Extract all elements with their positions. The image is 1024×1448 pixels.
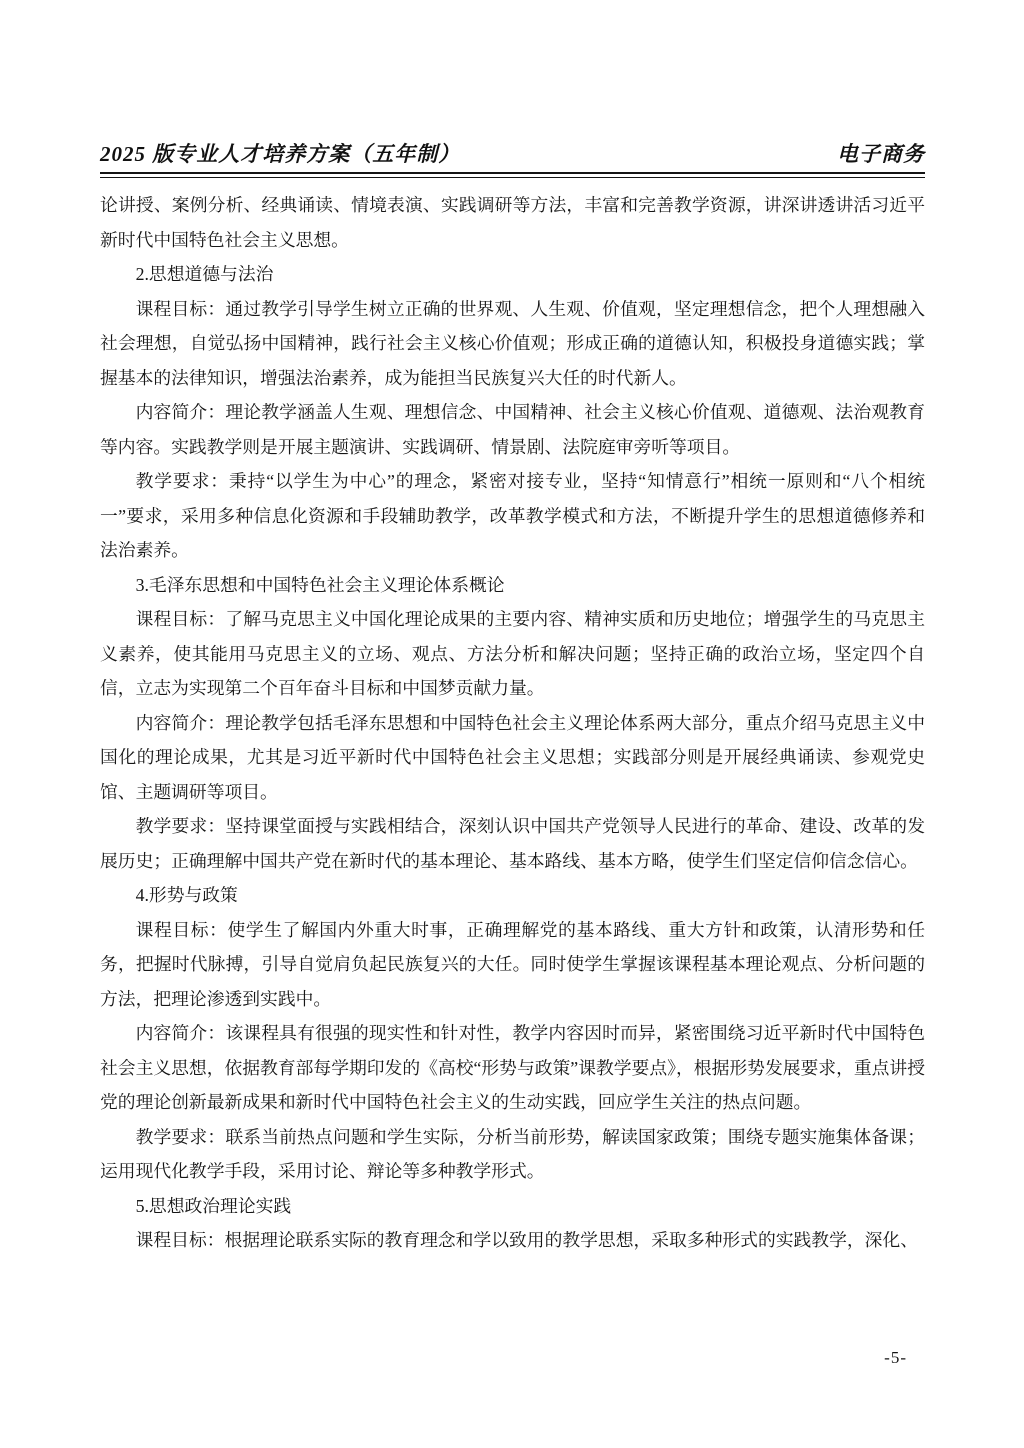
section-heading: 3.毛泽东思想和中国特色社会主义理论体系概论 bbox=[100, 568, 925, 603]
page-footer: -5- bbox=[100, 1348, 925, 1368]
paragraph: 课程目标：了解马克思主义中国化理论成果的主要内容、精神实质和历史地位；增强学生的… bbox=[100, 602, 925, 706]
paragraph: 课程目标：通过教学引导学生树立正确的世界观、人生观、价值观，坚定理想信念，把个人… bbox=[100, 292, 925, 396]
paragraph: 课程目标：根据理论联系实际的教育理念和学以致用的教学思想，采取多种形式的实践教学… bbox=[100, 1223, 925, 1258]
paragraph: 教学要求：联系当前热点问题和学生实际，分析当前形势，解读国家政策；围绕专题实施集… bbox=[100, 1120, 925, 1189]
paragraph: 课程目标：使学生了解国内外重大时事，正确理解党的基本路线、重大方针和政策，认清形… bbox=[100, 913, 925, 1017]
header-divider-rule bbox=[100, 172, 925, 178]
header-program-name: 电子商务 bbox=[837, 138, 925, 168]
section-heading: 5.思想政治理论实践 bbox=[100, 1189, 925, 1224]
paragraph: 内容简介：理论教学包括毛泽东思想和中国特色社会主义理论体系两大部分，重点介绍马克… bbox=[100, 706, 925, 810]
paragraph: 教学要求：秉持“以学生为中心”的理念，紧密对接专业，坚持“知情意行”相统一原则和… bbox=[100, 464, 925, 568]
document-page: 2025 版专业人才培养方案（五年制） 电子商务 论讲授、案例分析、经典诵读、情… bbox=[0, 0, 1024, 1448]
section-heading: 2.思想道德与法治 bbox=[100, 257, 925, 292]
paragraph: 论讲授、案例分析、经典诵读、情境表演、实践调研等方法，丰富和完善教学资源，讲深讲… bbox=[100, 188, 925, 257]
page-header: 2025 版专业人才培养方案（五年制） 电子商务 bbox=[100, 138, 925, 168]
paragraph: 教学要求：坚持课堂面授与实践相结合，深刻认识中国共产党领导人民进行的革命、建设、… bbox=[100, 809, 925, 878]
paragraph: 内容简介：理论教学涵盖人生观、理想信念、中国精神、社会主义核心价值观、道德观、法… bbox=[100, 395, 925, 464]
page-number: -5- bbox=[884, 1348, 907, 1368]
header-document-title: 2025 版专业人才培养方案（五年制） bbox=[100, 138, 460, 168]
paragraph: 内容简介：该课程具有很强的现实性和针对性，教学内容因时而异，紧密围绕习近平新时代… bbox=[100, 1016, 925, 1120]
document-body: 论讲授、案例分析、经典诵读、情境表演、实践调研等方法，丰富和完善教学资源，讲深讲… bbox=[100, 188, 925, 1258]
section-heading: 4.形势与政策 bbox=[100, 878, 925, 913]
